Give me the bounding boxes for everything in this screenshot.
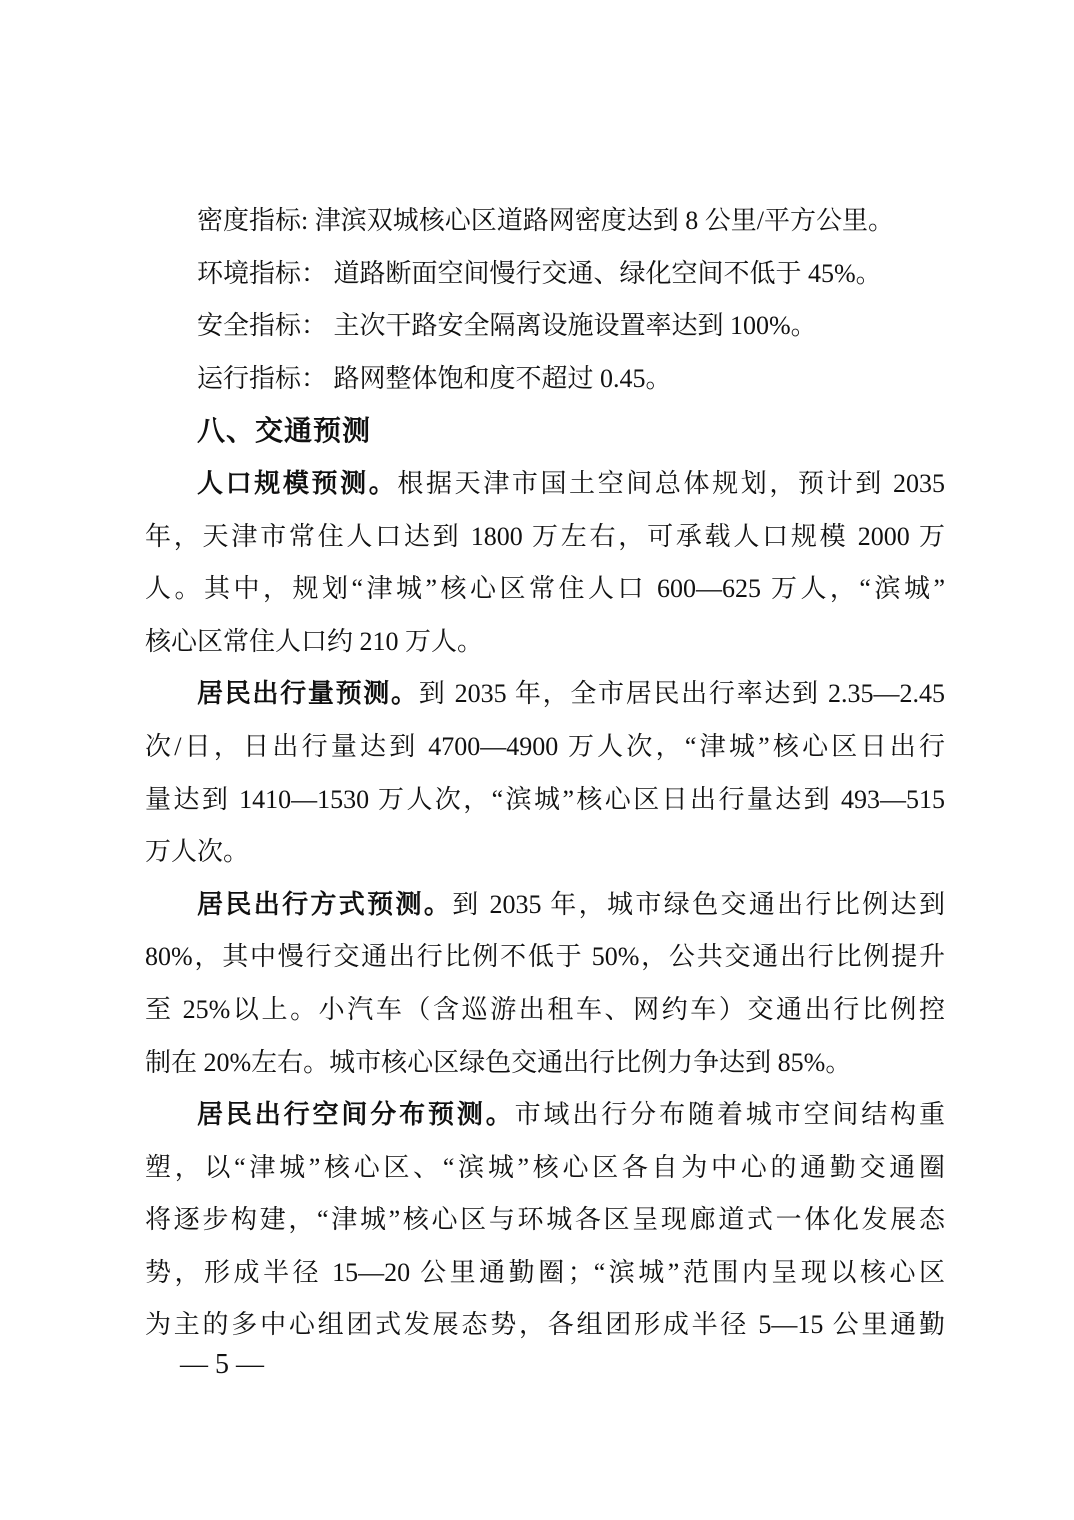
document-body: 密度指标: 津滨双城核心区道路网密度达到 8 公里/平方公里。 环境指标： 道路… — [145, 195, 945, 1352]
paragraph-line: 将逐步构建，“津城”核心区与环城各区呈现廊道式一体化发展态 — [145, 1194, 945, 1247]
indicator-line-environment: 环境指标： 道路断面空间慢行交通、绿化空间不低于 45%。 — [145, 248, 945, 301]
paragraph-line: 年，天津市常住人口达到 1800 万左右，可承载人口规模 2000 万 — [145, 511, 945, 564]
paragraph-last-line: 核心区常住人口约 210 万人。 — [145, 616, 945, 669]
paragraph-text: 根据天津市国土空间总体规划，预计到 2035 — [397, 469, 945, 498]
paragraph-text: 到 2035 年，全市居民出行率达到 2.35—2.45 — [419, 679, 945, 708]
paragraph-first-line: 居民出行方式预测。到 2035 年，城市绿色交通出行比例达到 — [145, 879, 945, 932]
paragraph-line: 至 25%以上。小汽车（含巡游出租车、网约车）交通出行比例控 — [145, 984, 945, 1037]
paragraph-text: 到 2035 年，城市绿色交通出行比例达到 — [452, 890, 945, 919]
paragraph-text: 市域出行分布随着城市空间结构重 — [515, 1100, 945, 1129]
paragraph-lead: 居民出行方式预测。 — [197, 890, 452, 919]
paragraph-line: 塑，以“津城”核心区、“滨城”核心区各自为中心的通勤交通圈 — [145, 1142, 945, 1195]
page-number: — 5 — — [180, 1350, 264, 1380]
paragraph-line: 次/日，日出行量达到 4700—4900 万人次，“津城”核心区日出行 — [145, 721, 945, 774]
indicator-line-density: 密度指标: 津滨双城核心区道路网密度达到 8 公里/平方公里。 — [145, 195, 945, 248]
indicator-line-operation: 运行指标： 路网整体饱和度不超过 0.45。 — [145, 353, 945, 406]
paragraph-first-line: 人口规模预测。根据天津市国土空间总体规划，预计到 2035 — [145, 458, 945, 511]
paragraph-line: 势，形成半径 15—20 公里通勤圈；“滨城”范围内呈现以核心区 — [145, 1247, 945, 1300]
paragraph-line: 量达到 1410—1530 万人次，“滨城”核心区日出行量达到 493—515 — [145, 774, 945, 827]
paragraph-last-line: 万人次。 — [145, 826, 945, 879]
document-page: 密度指标: 津滨双城核心区道路网密度达到 8 公里/平方公里。 环境指标： 道路… — [0, 0, 1074, 1520]
paragraph-line: 80%，其中慢行交通出行比例不低于 50%，公共交通出行比例提升 — [145, 931, 945, 984]
paragraph-lead: 居民出行量预测。 — [197, 679, 419, 708]
paragraph-first-line: 居民出行空间分布预测。市域出行分布随着城市空间结构重 — [145, 1089, 945, 1142]
indicator-line-safety: 安全指标： 主次干路安全隔离设施设置率达到 100%。 — [145, 300, 945, 353]
paragraph-lead: 人口规模预测。 — [197, 469, 397, 498]
paragraph-lead: 居民出行空间分布预测。 — [197, 1100, 515, 1129]
paragraph-line: 人。其中，规划“津城”核心区常住人口 600—625 万人，“滨城” — [145, 563, 945, 616]
paragraph-last-line: 制在 20%左右。城市核心区绿色交通出行比例力争达到 85%。 — [145, 1037, 945, 1090]
paragraph-first-line: 居民出行量预测。到 2035 年，全市居民出行率达到 2.35—2.45 — [145, 668, 945, 721]
section-heading: 八、交通预测 — [145, 405, 945, 458]
paragraph-line: 为主的多中心组团式发展态势，各组团形成半径 5—15 公里通勤 — [145, 1299, 945, 1352]
